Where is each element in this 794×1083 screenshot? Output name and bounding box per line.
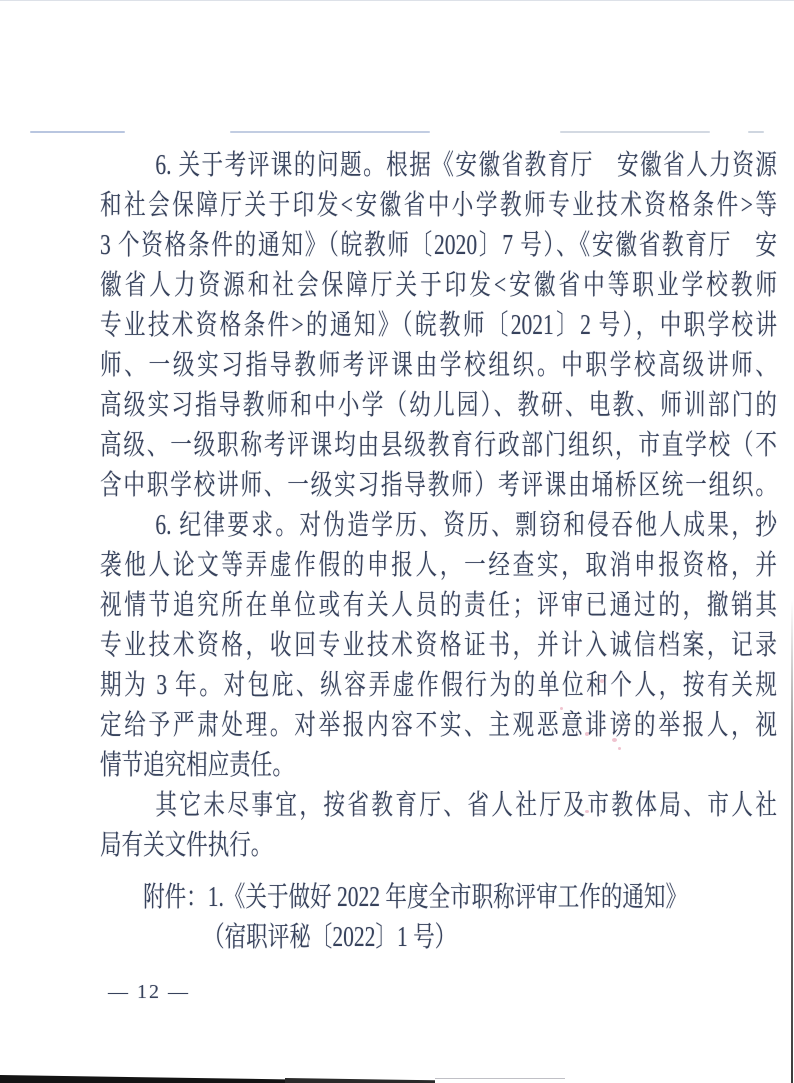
text-line: 袭他人论文等弄虚作假的申报人，一经查实，取消申报资格，并	[100, 546, 777, 586]
scanned-document-page: 6. 关于考评课的问题。根据《安徽省教育厅 安徽省人力资源和社会保障厅关于印发<…	[0, 0, 794, 1083]
text-line: 高级、一级职称考评课均由县级教育行政部门组织，市直学校（不	[100, 426, 777, 466]
page-number: — 12 —	[108, 981, 190, 1004]
text-line: 其它未尽事宜，按省教育厅、省人社厅及市教体局、市人社	[100, 786, 777, 826]
text-line: 6. 关于考评课的问题。根据《安徽省教育厅 安徽省人力资源	[100, 146, 777, 186]
text-line: 定给予严肃处理。对举报内容不实、主观恶意诽谤的举报人，视	[100, 706, 777, 746]
scan-dash-mark	[230, 131, 430, 133]
text-line: 局有关文件执行。	[100, 826, 777, 866]
text-line: 期为 3 年。对包庇、纵容弄虚作假行为的单位和个人，按有关规	[100, 666, 777, 706]
scan-top-edge	[0, 0, 794, 1]
scan-dash-mark	[748, 131, 764, 133]
text-line: 专业技术资格，收回专业技术资格证书，并计入诚信档案，记录	[100, 626, 777, 666]
text-line: 6. 纪律要求。对伪造学历、资历、剽窃和侵吞他人成果，抄	[100, 506, 777, 546]
scan-bottom-edge	[285, 1078, 435, 1083]
document-body: 6. 关于考评课的问题。根据《安徽省教育厅 安徽省人力资源和社会保障厅关于印发<…	[100, 146, 777, 958]
scan-right-edge-line	[791, 600, 793, 1083]
text-line: 3 个资格条件的通知》（皖教师〔2020〕7 号）、《安徽省教育厅 安	[100, 226, 777, 266]
attachment-line: （宿职评秘〔2022〕1 号）	[100, 918, 777, 958]
text-line: 徽省人力资源和社会保障厅关于印发<安徽省中等职业学校教师	[100, 266, 777, 306]
text-line: 和社会保障厅关于印发<安徽省中小学教师专业技术资格条件>等	[100, 186, 777, 226]
text-line: 情节追究相应责任。	[100, 746, 777, 786]
scan-dash-mark	[560, 131, 710, 133]
attachment-block: 附件：1.《关于做好 2022 年度全市职称评审工作的通知》（宿职评秘〔2022…	[100, 878, 777, 958]
text-line: 视情节追究所在单位或有关人员的责任；评审已通过的，撤销其	[100, 586, 777, 626]
scan-bottom-edge	[0, 1075, 285, 1083]
text-line: 专业技术资格条件>的通知》（皖教师〔2021〕2 号），中职学校讲	[100, 306, 777, 346]
text-line: 含中职学校讲师、一级实习指导教师）考评课由埇桥区统一组织。	[100, 466, 777, 506]
attachment-line: 附件：1.《关于做好 2022 年度全市职称评审工作的通知》	[100, 878, 777, 918]
scan-dash-mark	[30, 131, 125, 133]
text-line: 师、一级实习指导教师考评课由学校组织。中职学校高级讲师、	[100, 346, 777, 386]
text-line: 高级实习指导教师和中小学（幼儿园）、教研、电教、师训部门的	[100, 386, 777, 426]
body-paragraphs: 6. 关于考评课的问题。根据《安徽省教育厅 安徽省人力资源和社会保障厅关于印发<…	[100, 146, 777, 866]
scan-bottom-edge	[435, 1078, 565, 1079]
